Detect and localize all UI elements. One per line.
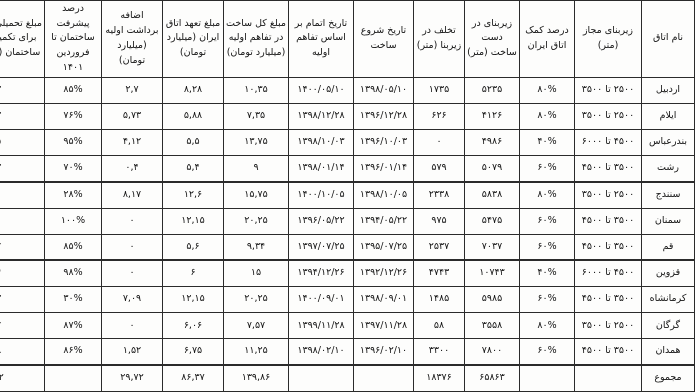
cell-completion_date_initial_agreement: ۱۳۹۸/۰۱/۱۴ <box>289 156 354 182</box>
cell-progress_until_farvardin_1401: ۸۷% <box>45 313 102 339</box>
cell-total_cost_initial_agreement: ۱۳۹,۸۶ <box>224 365 289 391</box>
cell-area_under_construction: ۷۸۰۰ <box>465 339 520 365</box>
cell-chamber_name: کرمانشاه <box>642 287 695 313</box>
cell-imposed_amount_to_complete: ۳۹,۳ <box>0 156 45 182</box>
cell-progress_until_farvardin_1401: ۳۰% <box>45 287 102 313</box>
cell-completion_date_initial_agreement: ۱۳۹۸/۰۲/۱۰ <box>289 339 354 365</box>
cell-area_under_construction: ۵۴۷۵ <box>465 208 520 234</box>
cell-completion_date_initial_agreement: ۱۳۹۶/۰۵/۲۲ <box>289 208 354 234</box>
cell-area_under_construction: ۵۸۳۸ <box>465 182 520 208</box>
cell-progress_until_farvardin_1401: ۹۸% <box>45 260 102 286</box>
column-header-chamber_name: نام اتاق <box>642 1 695 78</box>
cell-construction_start_date: ۱۳۹۵/۰۷/۲۵ <box>354 234 414 260</box>
table-row: ایلام۲۵۰۰ تا ۳۵۰۰۸۰%۴۱۲۶۶۲۶۱۳۹۶/۱۲/۲۸۱۳۹… <box>0 103 695 129</box>
cell-initial_overdraft: ۵,۷۳ <box>102 103 163 129</box>
cell-completion_date_initial_agreement: ۱۴۰۰/۰۹/۰۱ <box>289 287 354 313</box>
cell-initial_overdraft: ۰ <box>102 208 163 234</box>
cell-area_violation: ۵۸ <box>414 313 465 339</box>
cell-imposed_amount_to_complete: ۱۴,۷ <box>0 313 45 339</box>
cell-imposed_amount_to_complete: ۳۹,۸ <box>0 339 45 365</box>
cell-iran_chamber_aid_percent: ۶۰% <box>520 287 575 313</box>
cell-area_violation: ۳۳۰۰ <box>414 339 465 365</box>
table-header: نام اتاقزیربنای مجاز (متر)درصد کمک اتاق … <box>0 1 695 78</box>
table-row: رشت۳۵۰۰ تا ۴۵۰۰۶۰%۵۰۷۹۵۷۹۱۳۹۶/۰۱/۱۴۱۳۹۸/… <box>0 156 695 182</box>
cell-imposed_amount_to_complete: ۸ <box>0 208 45 234</box>
cell-iran_chamber_aid_percent: ۸۰% <box>520 77 575 103</box>
cell-iran_chamber_commitment: ۵,۴ <box>163 156 224 182</box>
cell-iran_chamber_commitment: ۶,۷۵ <box>163 339 224 365</box>
column-header-total_cost_initial_agreement: مبلغ کل ساخت در تفاهم اولیه (میلیارد توم… <box>224 1 289 78</box>
cell-imposed_amount_to_complete: ۱۳,۵ <box>0 129 45 155</box>
cell-allowed_area: ۲۵۰۰ تا ۳۵۰۰ <box>575 182 642 208</box>
table-row: اردبیل۲۵۰۰ تا ۳۵۰۰۸۰%۵۲۳۵۱۷۳۵۱۳۹۸/۰۵/۱۰۱… <box>0 77 695 103</box>
cell-allowed_area: ۳۵۰۰ تا ۴۵۰۰ <box>575 156 642 182</box>
cell-area_violation: ۴۷۴۳ <box>414 260 465 286</box>
cell-area_violation: ۱۸۳۷۶ <box>414 365 465 391</box>
cell-construction_start_date: ۱۳۹۸/۱۰/۰۵ <box>354 182 414 208</box>
total-row: مجموع۶۵۸۶۳۱۸۳۷۶۱۳۹,۸۶۸۶,۳۷۲۹,۷۲۳۶۸,۲ <box>0 365 695 391</box>
cell-construction_start_date: ۱۳۹۶/۰۲/۱۰ <box>354 339 414 365</box>
cell-completion_date_initial_agreement: ۱۳۹۷/۰۷/۲۵ <box>289 234 354 260</box>
cell-completion_date_initial_agreement: ۱۴۰۰/۰۵/۱۰ <box>289 77 354 103</box>
cell-allowed_area: ۴۵۰۰ تا ۶۰۰۰ <box>575 260 642 286</box>
cell-area_violation: ۵۷۹ <box>414 156 465 182</box>
cell-total_cost_initial_agreement: ۹ <box>224 156 289 182</box>
cell-iran_chamber_commitment: ۱۲,۱۵ <box>163 208 224 234</box>
cell-iran_chamber_commitment: ۵,۵ <box>163 129 224 155</box>
scanned-document-page: نام اتاقزیربنای مجاز (متر)درصد کمک اتاق … <box>0 0 695 392</box>
cell-initial_overdraft: ۲,۷ <box>102 77 163 103</box>
cell-total_cost_initial_agreement: ۲۰,۲۵ <box>224 287 289 313</box>
cell-iran_chamber_aid_percent: ۸۰% <box>520 103 575 129</box>
cell-construction_start_date: ۱۳۹۷/۱۱/۲۸ <box>354 313 414 339</box>
cell-progress_until_farvardin_1401: ۷۰% <box>45 156 102 182</box>
cell-chamber_name: ایلام <box>642 103 695 129</box>
cell-iran_chamber_aid_percent: ۴۰% <box>520 129 575 155</box>
cell-imposed_amount_to_complete: ۲۲,۳ <box>0 103 45 129</box>
cell-construction_start_date: ۱۳۹۲/۱۲/۲۶ <box>354 260 414 286</box>
table-row: کرمانشاه۳۵۰۰ تا ۴۵۰۰۶۰%۵۹۸۵۱۴۸۵۱۳۹۸/۰۹/۰… <box>0 287 695 313</box>
column-header-iran_chamber_aid_percent: درصد کمک اتاق ایران <box>520 1 575 78</box>
cell-iran_chamber_commitment: ۶ <box>163 260 224 286</box>
cell-allowed_area: ۳۵۰۰ تا ۴۵۰۰ <box>575 208 642 234</box>
column-header-imposed_amount_to_complete: مبلغ تحمیلی به اتاق ایران برای تکمیل باق… <box>0 1 45 78</box>
cell-initial_overdraft: ۲۹,۷۲ <box>102 365 163 391</box>
cell-initial_overdraft: ۴,۱۲ <box>102 129 163 155</box>
cell-chamber_name: گرگان <box>642 313 695 339</box>
cell-total_cost_initial_agreement: ۹,۳۴ <box>224 234 289 260</box>
cell-initial_overdraft: ۰ <box>102 260 163 286</box>
cell-area_under_construction: ۶۵۸۶۳ <box>465 365 520 391</box>
cell-allowed_area: ۲۵۰۰ تا ۳۵۰۰ <box>575 103 642 129</box>
column-header-progress_until_farvardin_1401: درصد پیشرفت ساختمان تا فروردین ۱۴۰۱ <box>45 1 102 78</box>
cell-allowed_area: ۳۵۰۰ تا ۴۵۰۰ <box>575 339 642 365</box>
cell-progress_until_farvardin_1401 <box>45 365 102 391</box>
cell-construction_start_date <box>354 365 414 391</box>
cell-progress_until_farvardin_1401: ۲۸% <box>45 182 102 208</box>
cell-chamber_name: رشت <box>642 156 695 182</box>
cell-total_cost_initial_agreement: ۱۵ <box>224 260 289 286</box>
cell-allowed_area: ۲۵۰۰ تا ۳۵۰۰ <box>575 313 642 339</box>
table-body: اردبیل۲۵۰۰ تا ۳۵۰۰۸۰%۵۲۳۵۱۷۳۵۱۳۹۸/۰۵/۱۰۱… <box>0 77 695 391</box>
cell-initial_overdraft: ۱,۵۲ <box>102 339 163 365</box>
cell-chamber_name: همدان <box>642 339 695 365</box>
cell-area_under_construction: ۷۰۳۷ <box>465 234 520 260</box>
cell-area_violation: ۱۴۸۵ <box>414 287 465 313</box>
cell-allowed_area: ۳۵۰۰ تا ۴۵۰۰ <box>575 287 642 313</box>
table-row: قزوین۴۵۰۰ تا ۶۰۰۰۴۰%۱۰۷۴۳۴۷۴۳۱۳۹۲/۱۲/۲۶۱… <box>0 260 695 286</box>
cell-area_violation: ۲۳۳۸ <box>414 182 465 208</box>
column-header-area_under_construction: زیربنای در دست ساخت (متر) <box>465 1 520 78</box>
cell-imposed_amount_to_complete: ۵۷,۳ <box>0 287 45 313</box>
cell-chamber_name: سنندج <box>642 182 695 208</box>
cell-iran_chamber_commitment: ۱۲,۶ <box>163 182 224 208</box>
cell-iran_chamber_aid_percent: ۶۰% <box>520 234 575 260</box>
cell-iran_chamber_commitment: ۸,۲۸ <box>163 77 224 103</box>
cell-area_violation: ۰ <box>414 129 465 155</box>
cell-completion_date_initial_agreement: ۱۳۹۹/۱۱/۲۸ <box>289 313 354 339</box>
table-row: قم۳۵۰۰ تا ۴۵۰۰۶۰%۷۰۳۷۲۵۳۷۱۳۹۵/۰۷/۲۵۱۳۹۷/… <box>0 234 695 260</box>
cell-allowed_area: ۴۵۰۰ تا ۶۰۰۰ <box>575 129 642 155</box>
cell-iran_chamber_commitment: ۸۶,۳۷ <box>163 365 224 391</box>
table-row: بندرعباس۴۵۰۰ تا ۶۰۰۰۴۰%۴۹۸۶۰۱۳۹۶/۱۰/۰۳۱۳… <box>0 129 695 155</box>
cell-progress_until_farvardin_1401: ۹۵% <box>45 129 102 155</box>
cell-total_cost_initial_agreement: ۱۵,۷۵ <box>224 182 289 208</box>
column-header-area_violation: تخلف در زیربنا (متر) <box>414 1 465 78</box>
table-row: همدان۳۵۰۰ تا ۴۵۰۰۶۰%۷۸۰۰۳۳۰۰۱۳۹۶/۰۲/۱۰۱۳… <box>0 339 695 365</box>
cell-allowed_area <box>575 365 642 391</box>
cell-total_cost_initial_agreement: ۷,۵۷ <box>224 313 289 339</box>
cell-construction_start_date: ۱۳۹۶/۱۲/۲۸ <box>354 103 414 129</box>
column-header-iran_chamber_commitment: مبلغ تعهد اتاق ایران (میلیارد تومان) <box>163 1 224 78</box>
cell-construction_start_date: ۱۳۹۶/۰۱/۱۴ <box>354 156 414 182</box>
cell-chamber_name: مجموع <box>642 365 695 391</box>
cell-imposed_amount_to_complete: ۲۱,۷ <box>0 234 45 260</box>
cell-iran_chamber_commitment: ۵,۸۸ <box>163 103 224 129</box>
cell-imposed_amount_to_complete: ۷۰,۳ <box>0 77 45 103</box>
column-header-completion_date_initial_agreement: تاریخ اتمام بر اساس تفاهم اولیه <box>289 1 354 78</box>
cell-chamber_name: قزوین <box>642 260 695 286</box>
column-header-construction_start_date: تاریخ شروع ساخت <box>354 1 414 78</box>
cell-iran_chamber_aid_percent: ۴۰% <box>520 260 575 286</box>
cell-completion_date_initial_agreement: ۱۳۹۴/۱۲/۲۶ <box>289 260 354 286</box>
cell-initial_overdraft: ۸,۱۷ <box>102 182 163 208</box>
cell-construction_start_date: ۱۳۹۶/۱۰/۰۳ <box>354 129 414 155</box>
cell-progress_until_farvardin_1401: ۱۰۰% <box>45 208 102 234</box>
cell-iran_chamber_commitment: ۵,۶ <box>163 234 224 260</box>
cell-area_under_construction: ۵۹۸۵ <box>465 287 520 313</box>
cell-total_cost_initial_agreement: ۱۱,۲۵ <box>224 339 289 365</box>
cell-area_under_construction: ۴۱۲۶ <box>465 103 520 129</box>
cell-initial_overdraft: ۰ <box>102 313 163 339</box>
table-row: گرگان۲۵۰۰ تا ۳۵۰۰۸۰%۳۵۵۸۵۸۱۳۹۷/۱۱/۲۸۱۳۹۹… <box>0 313 695 339</box>
cell-area_violation: ۲۵۳۷ <box>414 234 465 260</box>
cell-iran_chamber_aid_percent <box>520 365 575 391</box>
cell-iran_chamber_commitment: ۱۲,۱۵ <box>163 287 224 313</box>
cell-area_under_construction: ۵۲۳۵ <box>465 77 520 103</box>
cell-iran_chamber_aid_percent: ۶۰% <box>520 208 575 234</box>
cell-iran_chamber_commitment: ۶,۰۶ <box>163 313 224 339</box>
cell-total_cost_initial_agreement: ۷,۳۵ <box>224 103 289 129</box>
cell-chamber_name: بندرعباس <box>642 129 695 155</box>
cell-total_cost_initial_agreement: ۱۰,۳۵ <box>224 77 289 103</box>
cell-imposed_amount_to_complete: ۶۳ <box>0 182 45 208</box>
cell-construction_start_date: ۱۳۹۸/۰۵/۱۰ <box>354 77 414 103</box>
table-header-row: نام اتاقزیربنای مجاز (متر)درصد کمک اتاق … <box>0 1 695 78</box>
cell-iran_chamber_aid_percent: ۶۰% <box>520 156 575 182</box>
cell-chamber_name: اردبیل <box>642 77 695 103</box>
table-row: سنندج۲۵۰۰ تا ۳۵۰۰۸۰%۵۸۳۸۲۳۳۸۱۳۹۸/۱۰/۰۵۱۴… <box>0 182 695 208</box>
cell-total_cost_initial_agreement: ۲۰,۲۵ <box>224 208 289 234</box>
cell-iran_chamber_aid_percent: ۸۰% <box>520 182 575 208</box>
cell-area_violation: ۶۲۶ <box>414 103 465 129</box>
cell-initial_overdraft: ۰ <box>102 234 163 260</box>
cell-area_under_construction: ۵۰۷۹ <box>465 156 520 182</box>
cell-area_violation: ۹۷۵ <box>414 208 465 234</box>
cell-progress_until_farvardin_1401: ۸۵% <box>45 77 102 103</box>
cell-imposed_amount_to_complete: ۳۶۸,۲ <box>0 365 45 391</box>
cell-iran_chamber_aid_percent: ۶۰% <box>520 339 575 365</box>
cell-progress_until_farvardin_1401: ۸۵% <box>45 234 102 260</box>
cell-initial_overdraft: ۷,۰۹ <box>102 287 163 313</box>
cell-allowed_area: ۳۵۰۰ تا ۴۵۰۰ <box>575 234 642 260</box>
cell-total_cost_initial_agreement: ۱۳,۷۵ <box>224 129 289 155</box>
cell-imposed_amount_to_complete: ۱۸,۴ <box>0 260 45 286</box>
cell-construction_start_date: ۱۳۹۸/۰۹/۰۱ <box>354 287 414 313</box>
cell-completion_date_initial_agreement: ۱۴۰۰/۱۰/۰۵ <box>289 182 354 208</box>
cell-chamber_name: قم <box>642 234 695 260</box>
cell-completion_date_initial_agreement: ۱۳۹۸/۱۲/۲۸ <box>289 103 354 129</box>
cell-progress_until_farvardin_1401: ۷۶% <box>45 103 102 129</box>
cell-area_under_construction: ۴۹۸۶ <box>465 129 520 155</box>
table-row: سمنان۳۵۰۰ تا ۴۵۰۰۶۰%۵۴۷۵۹۷۵۱۳۹۴/۰۵/۲۲۱۳۹… <box>0 208 695 234</box>
cell-area_under_construction: ۱۰۷۴۳ <box>465 260 520 286</box>
chambers-construction-table: نام اتاقزیربنای مجاز (متر)درصد کمک اتاق … <box>0 0 695 392</box>
cell-allowed_area: ۲۵۰۰ تا ۳۵۰۰ <box>575 77 642 103</box>
cell-area_under_construction: ۳۵۵۸ <box>465 313 520 339</box>
cell-initial_overdraft: ۰,۴ <box>102 156 163 182</box>
cell-completion_date_initial_agreement <box>289 365 354 391</box>
cell-construction_start_date: ۱۳۹۴/۰۵/۲۲ <box>354 208 414 234</box>
cell-iran_chamber_aid_percent: ۸۰% <box>520 313 575 339</box>
column-header-initial_overdraft: اضافه برداشت اولیه (میلیارد تومان) <box>102 1 163 78</box>
cell-chamber_name: سمنان <box>642 208 695 234</box>
cell-progress_until_farvardin_1401: ۸۶% <box>45 339 102 365</box>
cell-completion_date_initial_agreement: ۱۳۹۸/۱۰/۰۳ <box>289 129 354 155</box>
cell-area_violation: ۱۷۳۵ <box>414 77 465 103</box>
column-header-allowed_area: زیربنای مجاز (متر) <box>575 1 642 78</box>
